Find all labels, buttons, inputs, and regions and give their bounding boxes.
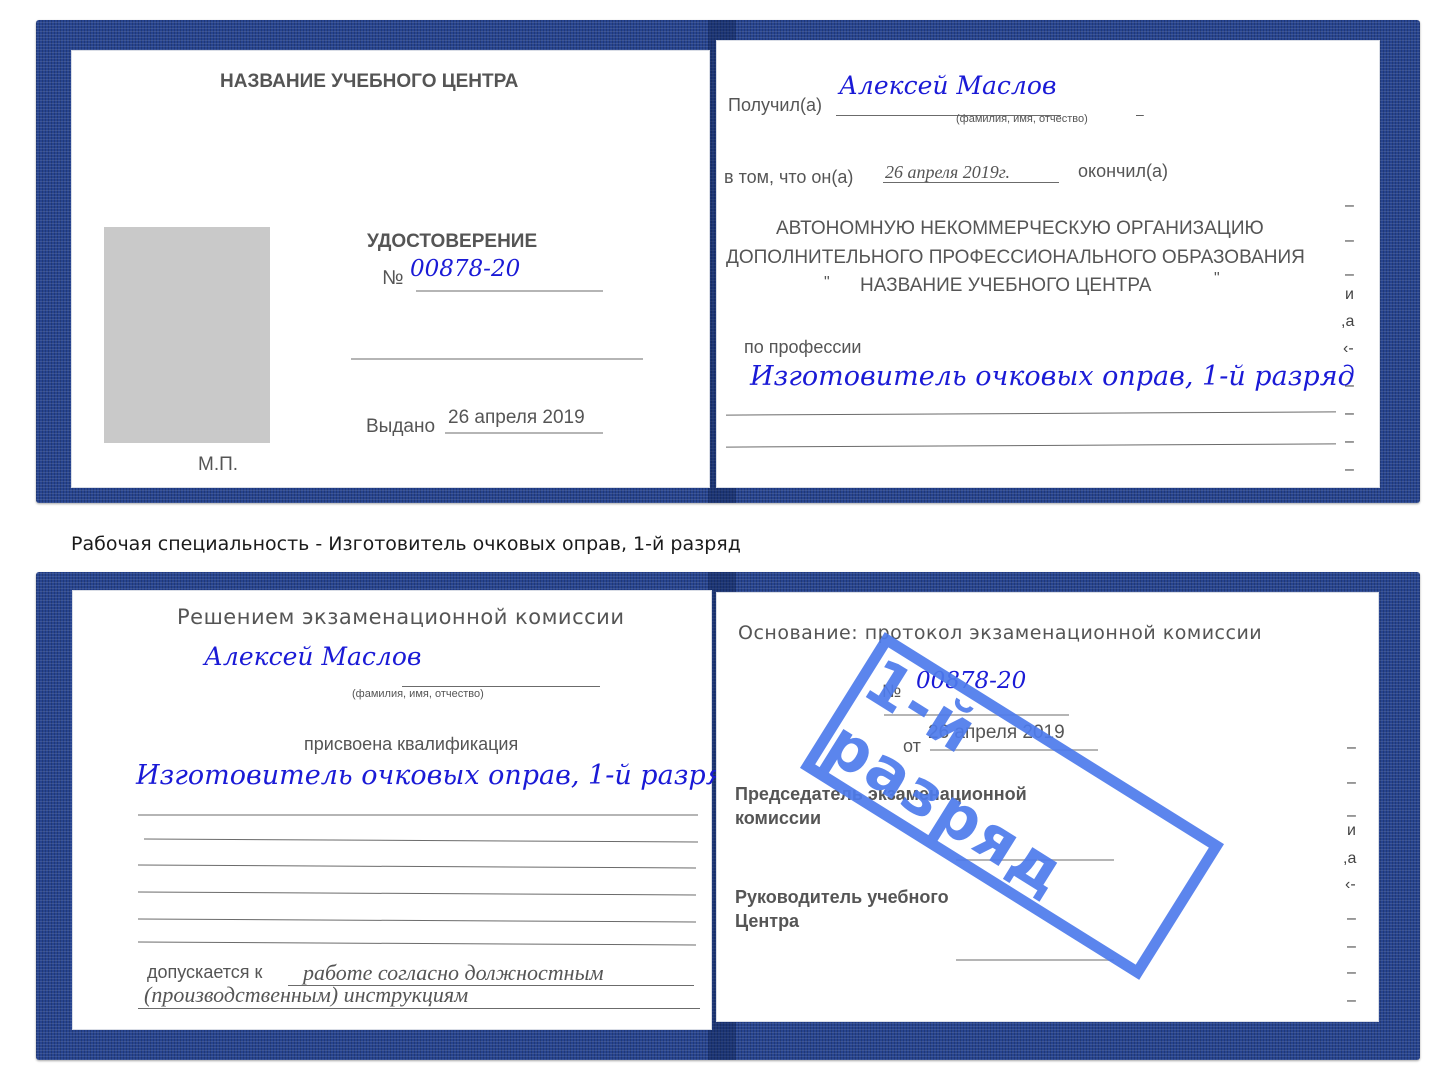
- blank-line: [138, 919, 696, 923]
- edge-glyph: и: [1345, 286, 1354, 304]
- completion-date-underline: [883, 182, 1059, 183]
- org-line-2: ДОПОЛНИТЕЛЬНОГО ПРОФЕССИОНАЛЬНОГО ОБРАЗО…: [726, 247, 1305, 269]
- completed-label: окончил(а): [1078, 161, 1168, 182]
- head-signature-line: [956, 959, 1114, 961]
- basis-title: Основание: протокол экзаменационной коми…: [738, 622, 1262, 644]
- edge-glyph: –: [1345, 461, 1354, 479]
- edge-glyph: –: [1347, 910, 1356, 928]
- fio-hint: (фамилия, имя, отчество): [352, 688, 484, 700]
- training-center-name: НАЗВАНИЕ УЧЕБНОГО ЦЕНТРА: [220, 71, 518, 93]
- org-line-3: НАЗВАНИЕ УЧЕБНОГО ЦЕНТРА: [860, 275, 1152, 297]
- in-that-label: в том, что он(а): [724, 167, 853, 188]
- edge-glyph: –: [1345, 266, 1354, 284]
- received-label: Получил(а): [728, 95, 822, 116]
- certificate-back-cover: Решением экзаменационной комиссии Алексе…: [36, 572, 1420, 1060]
- issued-label: Выдано: [366, 416, 435, 438]
- edge-glyph: –: [1347, 739, 1356, 757]
- completion-date: 26 апреля 2019г.: [885, 162, 1010, 183]
- edge-glyph: ‹-: [1345, 876, 1356, 894]
- blank-line: [351, 358, 643, 360]
- blank-line: [144, 839, 698, 843]
- edge-glyph: ,а: [1341, 313, 1354, 331]
- org-line-1: АВТОНОМНУЮ НЕКОММЕРЧЕСКУЮ ОРГАНИЗАЦИЮ: [776, 218, 1264, 240]
- edge-glyph: –: [1345, 433, 1354, 451]
- edge-glyph: –: [1347, 774, 1356, 792]
- issued-date: 26 апреля 2019: [448, 407, 585, 429]
- edge-glyph: и: [1347, 822, 1356, 840]
- profession-underline-2: [726, 443, 1336, 447]
- blank-line: [138, 865, 696, 869]
- number-label: №: [382, 267, 403, 290]
- certificate-number: 00878-20: [410, 256, 520, 282]
- admitted-underline-2: [138, 1008, 700, 1009]
- chairman-label-line-2: комиссии: [735, 808, 821, 829]
- org-quote-close: ": [1214, 270, 1220, 288]
- front-left-page: НАЗВАНИЕ УЧЕБНОГО ЦЕНТРА УДОСТОВЕРЕНИЕ №…: [71, 50, 710, 488]
- document-title: УДОСТОВЕРЕНИЕ: [367, 231, 537, 253]
- recipient-name: Алексей Маслов: [839, 71, 1056, 100]
- edge-glyph: –: [1347, 964, 1356, 982]
- photo-placeholder: [104, 227, 270, 443]
- person-name-underline: [402, 686, 600, 687]
- qualification-value: Изготовитель очковых оправ, 1-й разряд: [136, 760, 741, 791]
- edge-glyph: –: [1347, 992, 1356, 1010]
- front-right-page: Получил(а) Алексей Маслов – (фамилия, им…: [716, 40, 1380, 488]
- admitted-line-2: (производственным) инструкциям: [144, 982, 468, 1008]
- issued-underline: [445, 432, 603, 434]
- decision-title: Решением экзаменационной комиссии: [177, 605, 624, 629]
- edge-glyph: –: [1345, 405, 1354, 423]
- edge-glyph: –: [1347, 938, 1356, 956]
- fio-hint: (фамилия, имя, отчество): [956, 113, 1088, 125]
- edge-glyph: –: [1345, 232, 1354, 250]
- edge-glyph: ‹-: [1343, 340, 1354, 358]
- profession-underline-1: [726, 411, 1336, 415]
- edge-glyph: ,а: [1343, 850, 1356, 868]
- number-underline: [416, 290, 603, 292]
- profession-value: Изготовитель очковых оправ, 1-й разряд: [750, 361, 1355, 392]
- blank-line: [138, 892, 696, 896]
- qualification-label: присвоена квалификация: [304, 734, 518, 755]
- admitted-label: допускается к: [147, 962, 262, 983]
- specialty-caption: Рабочая специальность - Изготовитель очк…: [71, 533, 741, 555]
- blank-line: [138, 942, 696, 946]
- person-name: Алексей Маслов: [204, 642, 421, 671]
- seal-label: М.П.: [198, 454, 238, 476]
- back-left-page: Решением экзаменационной комиссии Алексе…: [72, 590, 712, 1030]
- qualification-underline: [138, 814, 698, 816]
- profession-label: по профессии: [744, 337, 861, 358]
- head-label-line-2: Центра: [735, 911, 799, 932]
- certificate-front-cover: НАЗВАНИЕ УЧЕБНОГО ЦЕНТРА УДОСТОВЕРЕНИЕ №…: [36, 20, 1420, 503]
- org-quote-open: ": [824, 274, 830, 292]
- edge-glyph: –: [1345, 197, 1354, 215]
- edge-glyph: –: [1345, 377, 1354, 395]
- recipient-dash: –: [1136, 106, 1144, 122]
- head-label-line-1: Руководитель учебного: [735, 887, 949, 908]
